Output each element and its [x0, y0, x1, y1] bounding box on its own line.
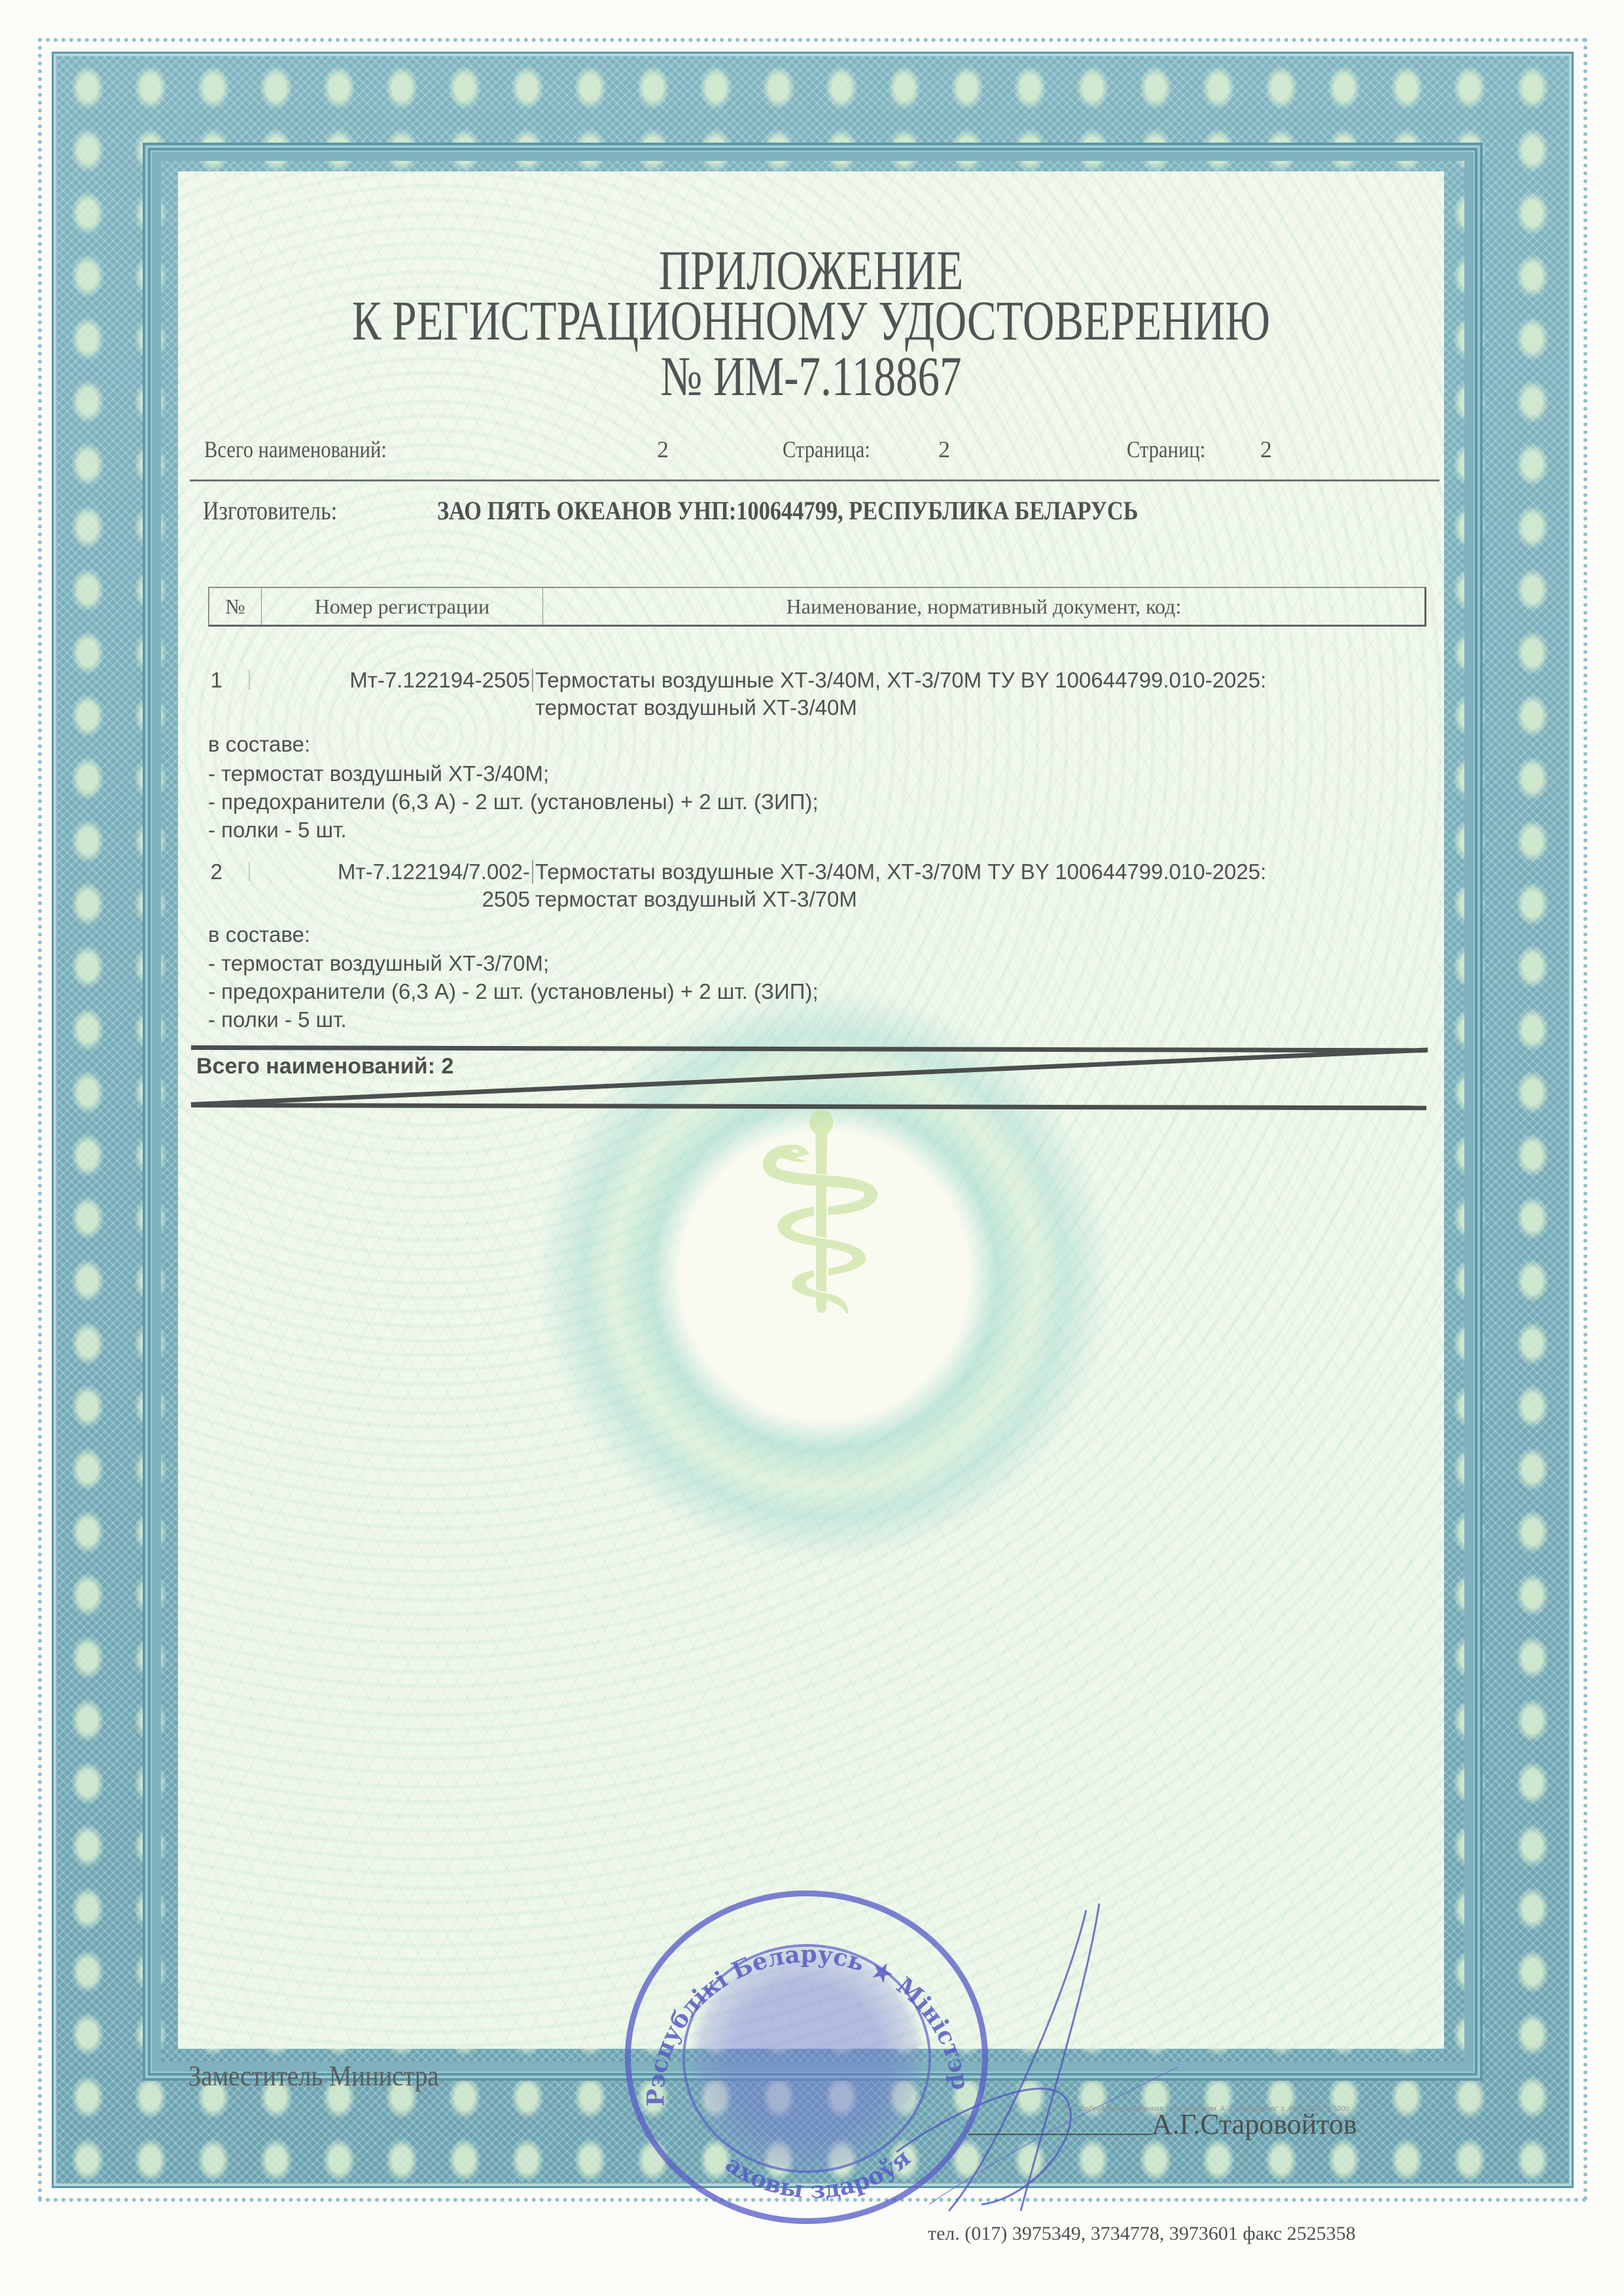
header-registration: Номер регистрации [262, 588, 543, 625]
composition-item: - полки - 5 шт. [208, 1006, 347, 1033]
header-name: Наименование, нормативный документ, код: [543, 588, 1424, 625]
product-variant: термостат воздушный ХТ-3/40М [535, 695, 857, 721]
certificate-number: № ИМ-7.118867 [317, 347, 1305, 406]
column-separator [532, 860, 533, 884]
composition-item: - предохранители (6,3 А) - 2 шт. (устано… [208, 788, 819, 815]
pages-value: 2 [1260, 436, 1272, 463]
composition-item: - полки - 5 шт. [208, 816, 347, 843]
composition-title: в составе: [208, 731, 310, 757]
svg-text:аховы здароўя: аховы здароўя [720, 2144, 916, 2204]
table-header: № Номер регистрации Наименование, нормат… [208, 587, 1426, 627]
composition-title: в составе: [208, 921, 310, 948]
total-items-label: Всего наименований: [204, 436, 419, 463]
signature-line [968, 2134, 1152, 2135]
svg-text:Рэспублікі Беларусь ★ Міністэр: Рэспублікі Беларусь ★ Міністэрства [625, 1890, 974, 2106]
stamp-text: Рэспублікі Беларусь ★ Міністэрства аховы… [625, 1890, 988, 2224]
product-description: Термостаты воздушные ХТ-3/40М, ХТ-3/70М … [535, 859, 1266, 885]
product-description: Термостаты воздушные ХТ-3/40М, ХТ-3/70М … [535, 667, 1266, 693]
total-items-value: 2 [657, 436, 669, 463]
column-separator [532, 669, 533, 692]
total-items: Всего наименований: 2 [196, 1054, 453, 1079]
divider [190, 479, 1439, 481]
manufacturer-label: Изготовитель: [203, 495, 337, 526]
manufacturer-value: ЗАО ПЯТЬ ОКЕАНОВ УНП:100644799, РЕСПУБЛИ… [437, 495, 1138, 526]
signatory-name: А.Г.Старовойтов [1152, 2108, 1357, 2141]
registration-number: Мт-7.122194/7.002- [203, 859, 530, 885]
composition-item: - предохранители (6,3 А) - 2 шт. (устано… [208, 978, 819, 1005]
product-variant: термостат воздушный ХТ-3/70М [535, 886, 857, 913]
signatory-position: Заместитель Министра [188, 2059, 439, 2093]
composition-item: - термостат воздушный ХТ-3/70М; [208, 950, 549, 977]
document-subtitle: К РЕГИСТРАЦИОННОМУ УДОСТОВЕРЕНИЮ [317, 291, 1305, 350]
contact-phones: тел. (017) 3975349, 3734778, 3973601 фак… [928, 2223, 1356, 2245]
pages-label: Страниц: [1127, 436, 1220, 463]
page-value: 2 [938, 436, 950, 463]
registration-number: Мт-7.122194-2505 [203, 667, 530, 693]
registration-number-cont: 2505 [203, 886, 530, 913]
header-number: № [209, 588, 262, 625]
composition-item: - термостат воздушный ХТ-3/40М; [208, 760, 549, 787]
page-label: Страница: [783, 436, 885, 463]
